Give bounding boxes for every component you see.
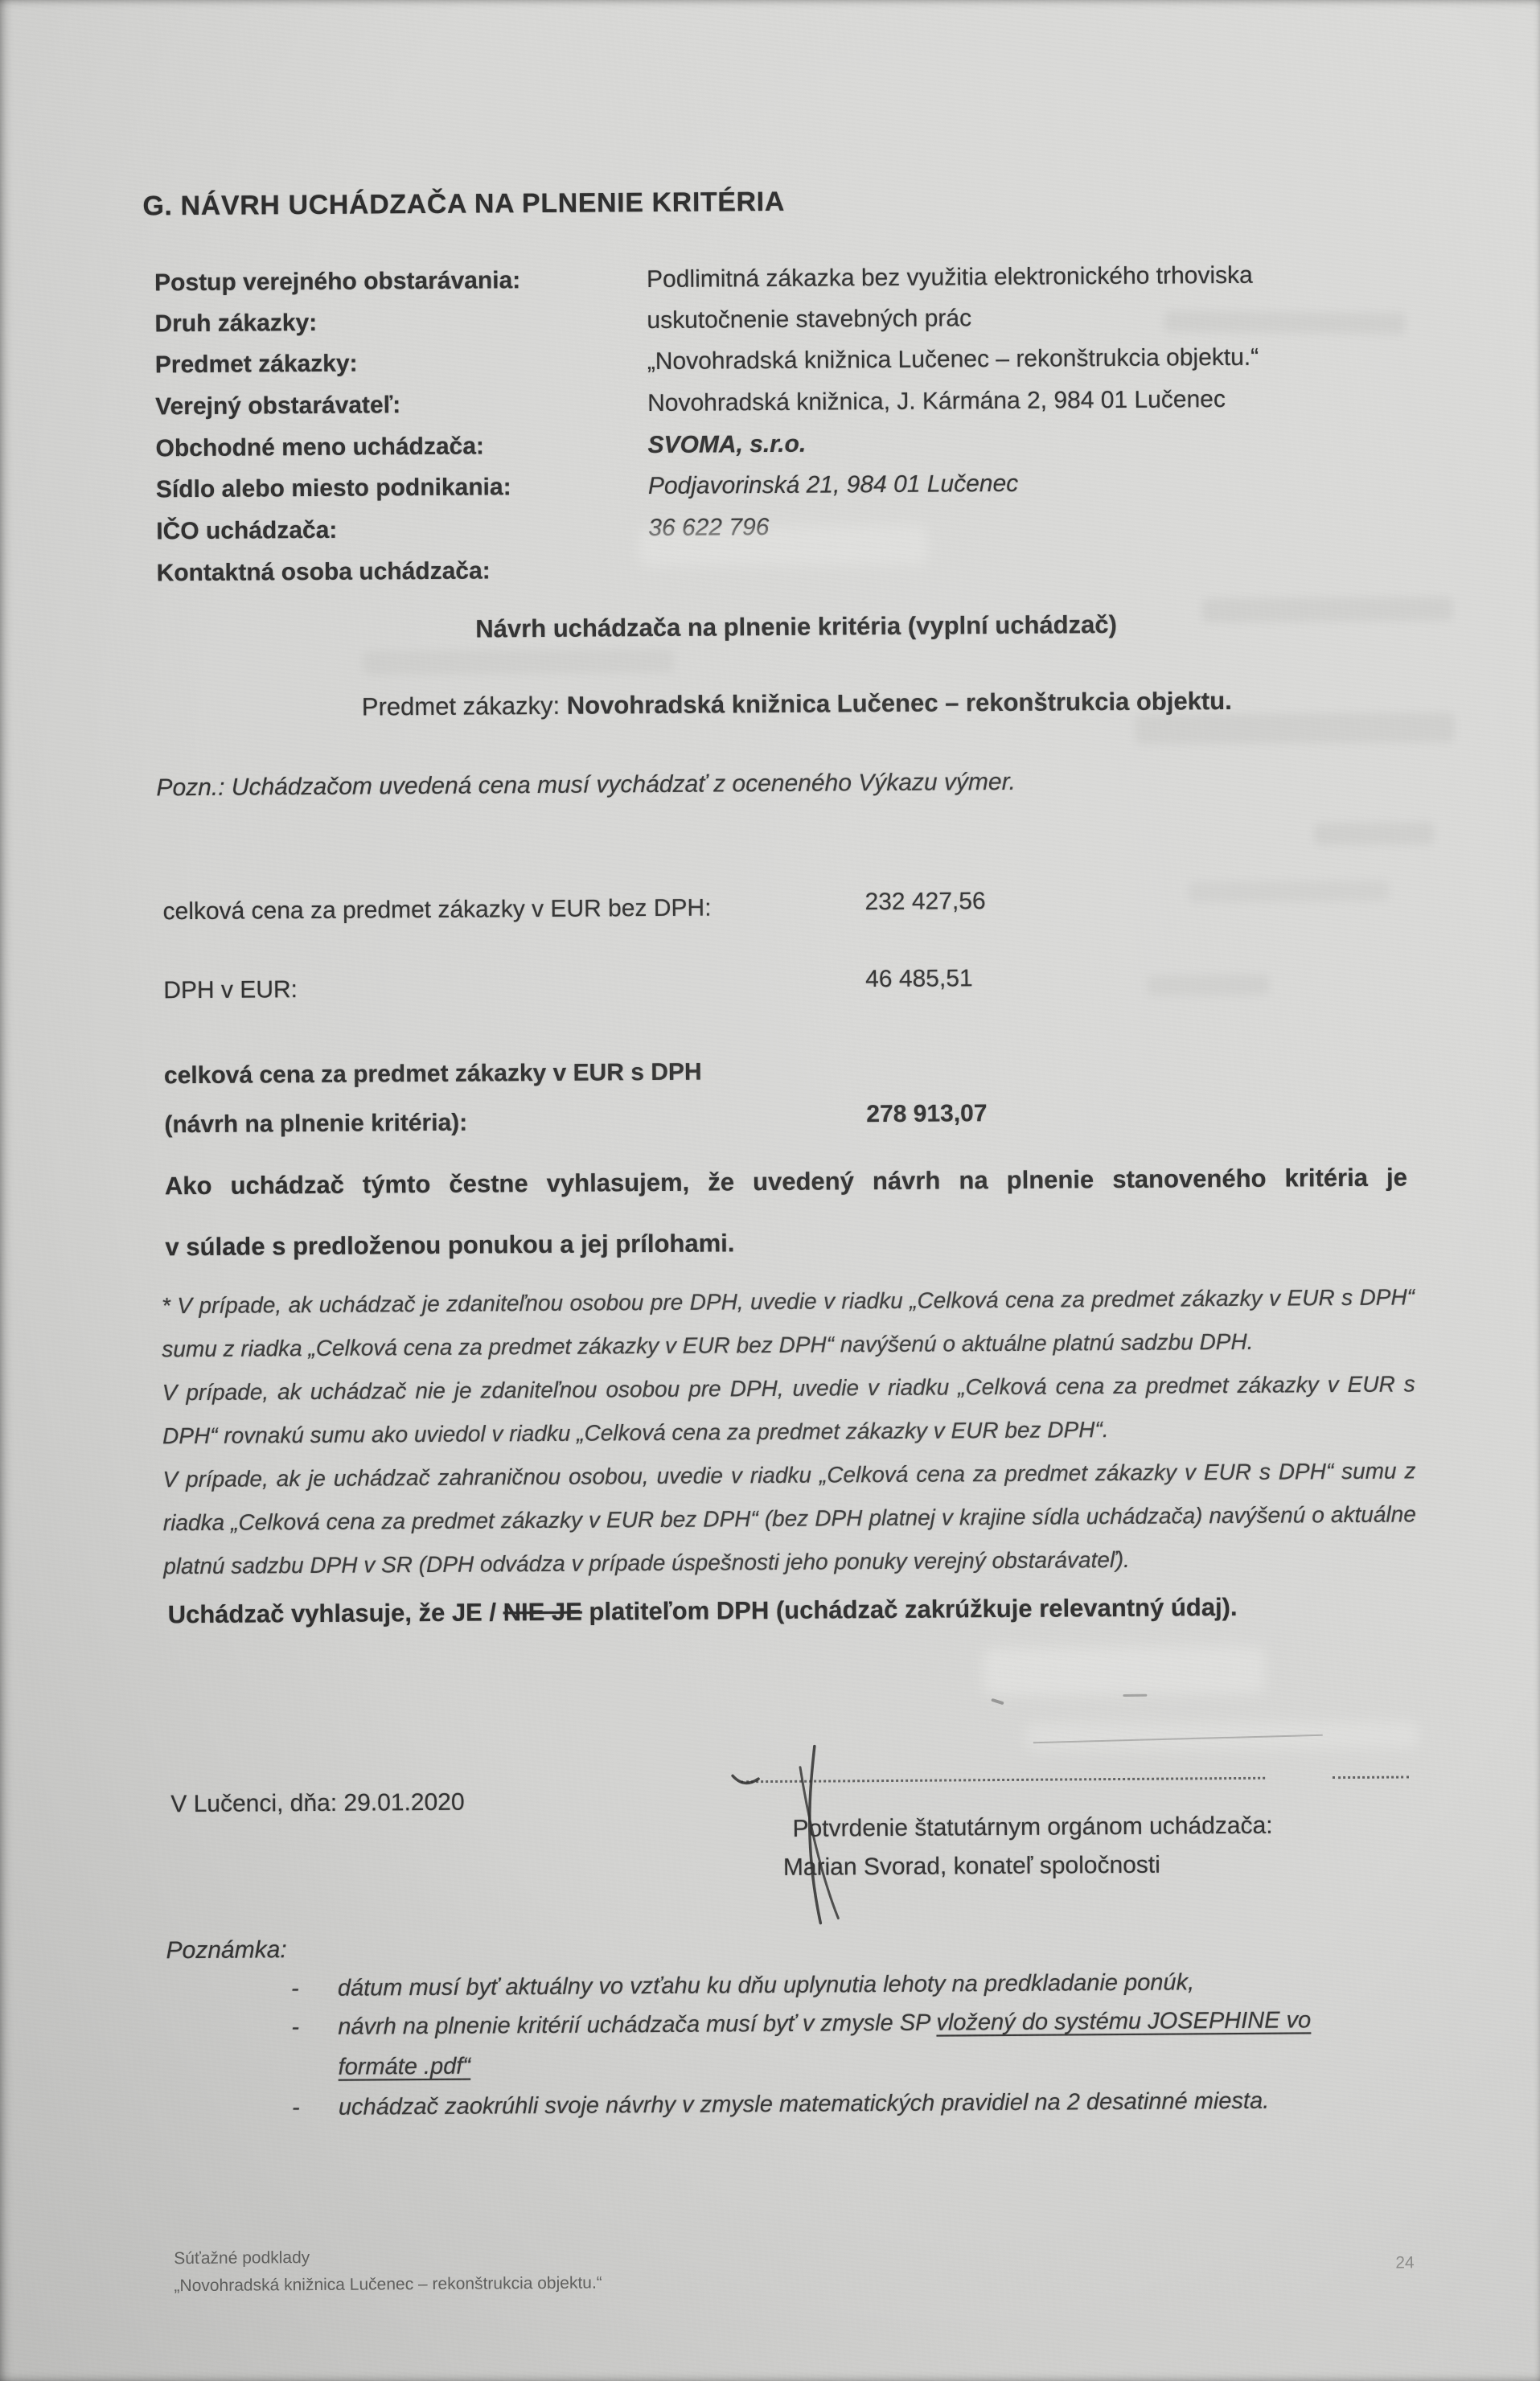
vat-footnote-p3: V prípade, ak je uchádzač zahraničnou os… (162, 1449, 1416, 1588)
info-label-obchodne-meno: Obchodné meno uchádzača: (155, 433, 484, 462)
declaration-line2: v súlade s predloženou ponukou a jej prí… (165, 1229, 734, 1262)
confirmation-line: Potvrdenie štatutárnym orgánom uchádzača… (792, 1812, 1272, 1843)
bleed-through-artifact (1202, 597, 1453, 622)
bleed-through-artifact (1147, 975, 1269, 996)
price-value-bez-dph: 232 427,56 (864, 888, 985, 916)
place-date: V Lučenci, dňa: 29.01.2020 (170, 1789, 465, 1819)
page-content: G. NÁVRH UCHÁDZAČA NA PLNENIE KRITÉRIA P… (0, 0, 1540, 2381)
info-value-druh: uskutočnenie stavebných prác (647, 305, 971, 335)
price-note: Pozn.: Uchádzačom uvedená cena musí vych… (156, 769, 1016, 802)
price-value-dph: 46 485,51 (865, 965, 973, 993)
bleed-through-artifact (1164, 310, 1405, 335)
info-value-predmet: „Novohradská knižnica Lučenec – rekonštr… (647, 344, 1259, 376)
vat-statement: Uchádzač vyhlasuje, že JE / NIE JE plati… (168, 1593, 1238, 1629)
price-label-s-dph-line1: celková cena za predmet zákazky v EUR s … (164, 1059, 702, 1090)
subject-value: Novohradská knižnica Lučenec – rekonštru… (567, 687, 1232, 720)
info-label-druh: Druh zákazky: (154, 310, 317, 338)
price-value-s-dph: 278 913,07 (866, 1100, 987, 1128)
bleed-through-artifact (1188, 881, 1389, 903)
bleed-through-artifact (1314, 822, 1435, 845)
info-value-postup: Podlimitná zákazka bez využitia elektron… (647, 262, 1253, 294)
erased-smudge (983, 1647, 1264, 1695)
section-title: G. NÁVRH UCHÁDZAČA NA PLNENIE KRITÉRIA (142, 187, 785, 223)
dash-bullet: - (292, 2087, 300, 2128)
footer-doc-title: „Novohradská knižnica Lučenec – rekonštr… (174, 2274, 602, 2297)
remark-item-2-underlined-1: vložený do systému JOSEPHINE vo (936, 2007, 1311, 2035)
info-label-predmet: Predmet zákazky: (155, 351, 358, 380)
vat-footnote-p2: V prípade, ak uchádzač nie je zdaniteľno… (162, 1362, 1416, 1458)
pen-remnant-mark (991, 1698, 1004, 1706)
info-label-ico: IČO uchádzača: (156, 517, 337, 546)
pen-remnant-dash (1123, 1694, 1147, 1697)
remark-item-2-text: návrh na plnenie kritérií uchádzača musí… (338, 1999, 1458, 2087)
bleed-through-artifact (362, 649, 674, 675)
remark-item-3: - uchádzač zaokrúhli svoje návrhy v zmys… (284, 2079, 1458, 2128)
scanned-document-page: G. NÁVRH UCHÁDZAČA NA PLNENIE KRITÉRIA P… (0, 0, 1540, 2381)
vat-footnote: * V prípade, ak uchádzač je zdaniteľnou … (162, 1275, 1417, 1588)
info-value-obstaravatel: Novohradská knižnica, J. Kármána 2, 984 … (647, 386, 1226, 417)
price-label-bez-dph: celková cena za predmet zákazky v EUR be… (162, 895, 711, 926)
declaration-line1: Ako uchádzač týmto čestne vyhlasujem, že… (165, 1163, 1407, 1201)
price-label-s-dph-line2: (návrh na plnenie kritéria): (164, 1110, 467, 1139)
remark-item-2: - návrh na plnenie kritérií uchádzača mu… (283, 1999, 1458, 2087)
info-label-sidlo: Sídlo alebo miesto podnikania: (156, 474, 511, 503)
erased-smudge-contact (639, 526, 928, 567)
remarks-title: Poznámka: (166, 1936, 286, 1964)
remark-item-2-underlined-2: formáte .pdf“ (338, 2054, 470, 2080)
info-value-sidlo: Podjavorinská 21, 984 01 Lučenec (648, 470, 1019, 500)
signature-dotted-line-short (1333, 1753, 1409, 1779)
offer-heading: Návrh uchádzača na plnenie kritéria (vyp… (334, 610, 1259, 645)
info-label-obstaravatel: Verejný obstarávateľ: (155, 392, 400, 421)
dash-bullet: - (291, 2007, 299, 2047)
info-label-postup: Postup verejného obstarávania: (154, 267, 520, 297)
vat-statement-struck-option: NIE JE (503, 1598, 582, 1627)
dash-bullet: - (291, 1968, 299, 2009)
info-label-kontaktna-osoba: Kontaktná osoba uchádzača: (157, 557, 491, 587)
vat-statement-suffix: platiteľom DPH (uchádzač zakrúžkuje rele… (582, 1593, 1238, 1626)
price-label-dph: DPH v EUR: (163, 976, 298, 1004)
bleed-through-artifact (1135, 712, 1455, 745)
subject-label: Predmet zákazky: (362, 692, 567, 721)
page-number: 24 (1395, 2253, 1415, 2272)
remark-item-2-pre: návrh na plnenie kritérií uchádzača musí… (338, 2010, 936, 2040)
vat-footnote-p1: * V prípade, ak uchádzač je zdaniteľnou … (162, 1275, 1415, 1371)
signatory-name: Marian Svorad, konateľ spoločnosti (783, 1852, 1160, 1882)
vat-statement-prefix: Uchádzač vyhlasuje, že JE / (168, 1598, 503, 1628)
info-value-obchodne-meno: SVOMA, s.r.o. (647, 431, 806, 459)
footer-doc-type: Súťažné podklady (174, 2248, 310, 2268)
remark-item-3-text: uchádzač zaokrúhli svoje návrhy v zmysle… (339, 2079, 1458, 2128)
